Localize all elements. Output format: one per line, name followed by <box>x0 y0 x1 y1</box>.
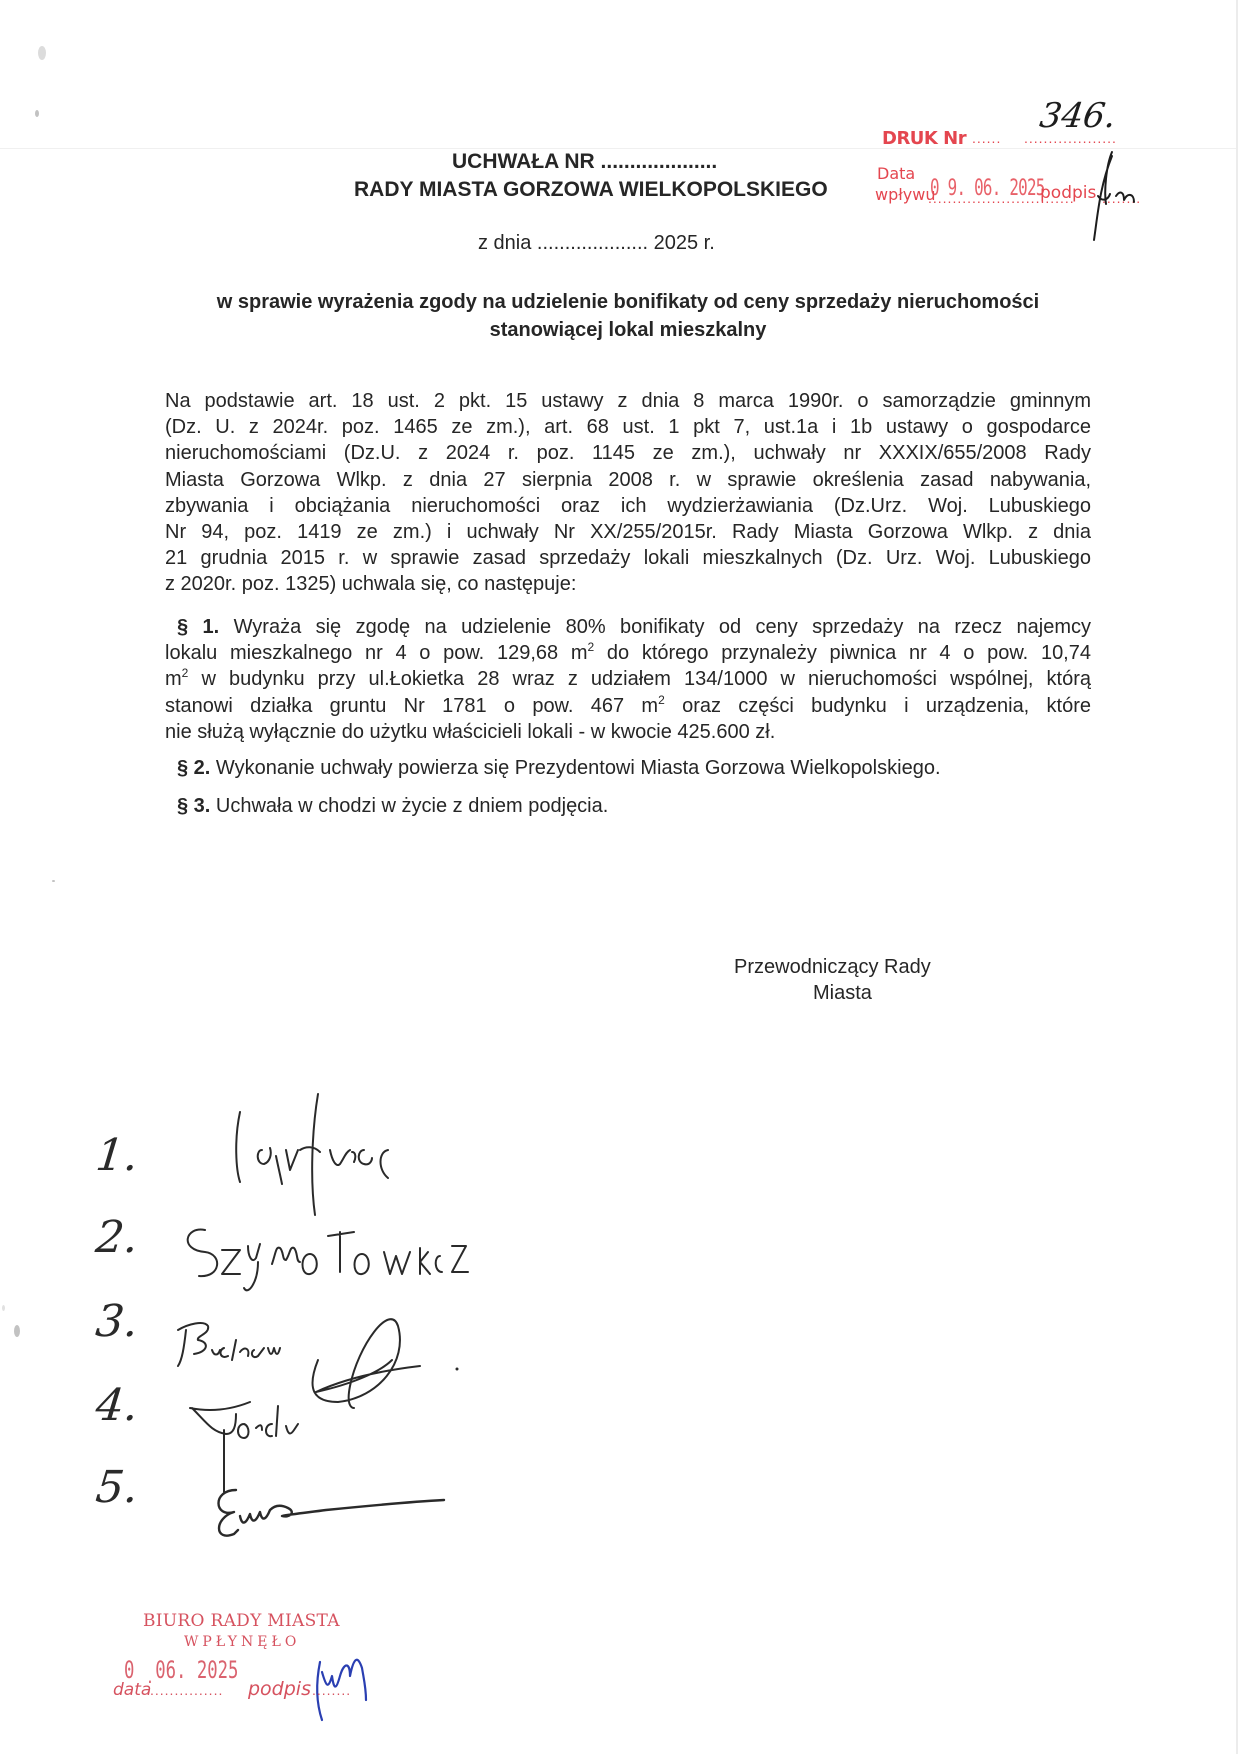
office-stamp-podpis-label: podpis <box>248 1678 311 1700</box>
office-stamp-received: WPŁYNĘŁO <box>184 1634 300 1650</box>
office-stamp-dots: ........ <box>312 1682 351 1698</box>
signature-2 <box>188 1230 468 1291</box>
signature-3 <box>178 1319 420 1408</box>
druk-signature <box>1094 152 1134 240</box>
signature-dot <box>456 1368 459 1371</box>
handwritten-signatures <box>0 0 1240 1754</box>
signature-5 <box>219 1490 445 1536</box>
signature-4 <box>190 1402 298 1492</box>
office-stamp-dots: ............... <box>150 1682 223 1698</box>
office-stamp-title: BIURO RADY MIASTA <box>143 1611 340 1631</box>
office-stamp-data-label: data <box>113 1680 151 1700</box>
signature-1 <box>236 1094 388 1215</box>
